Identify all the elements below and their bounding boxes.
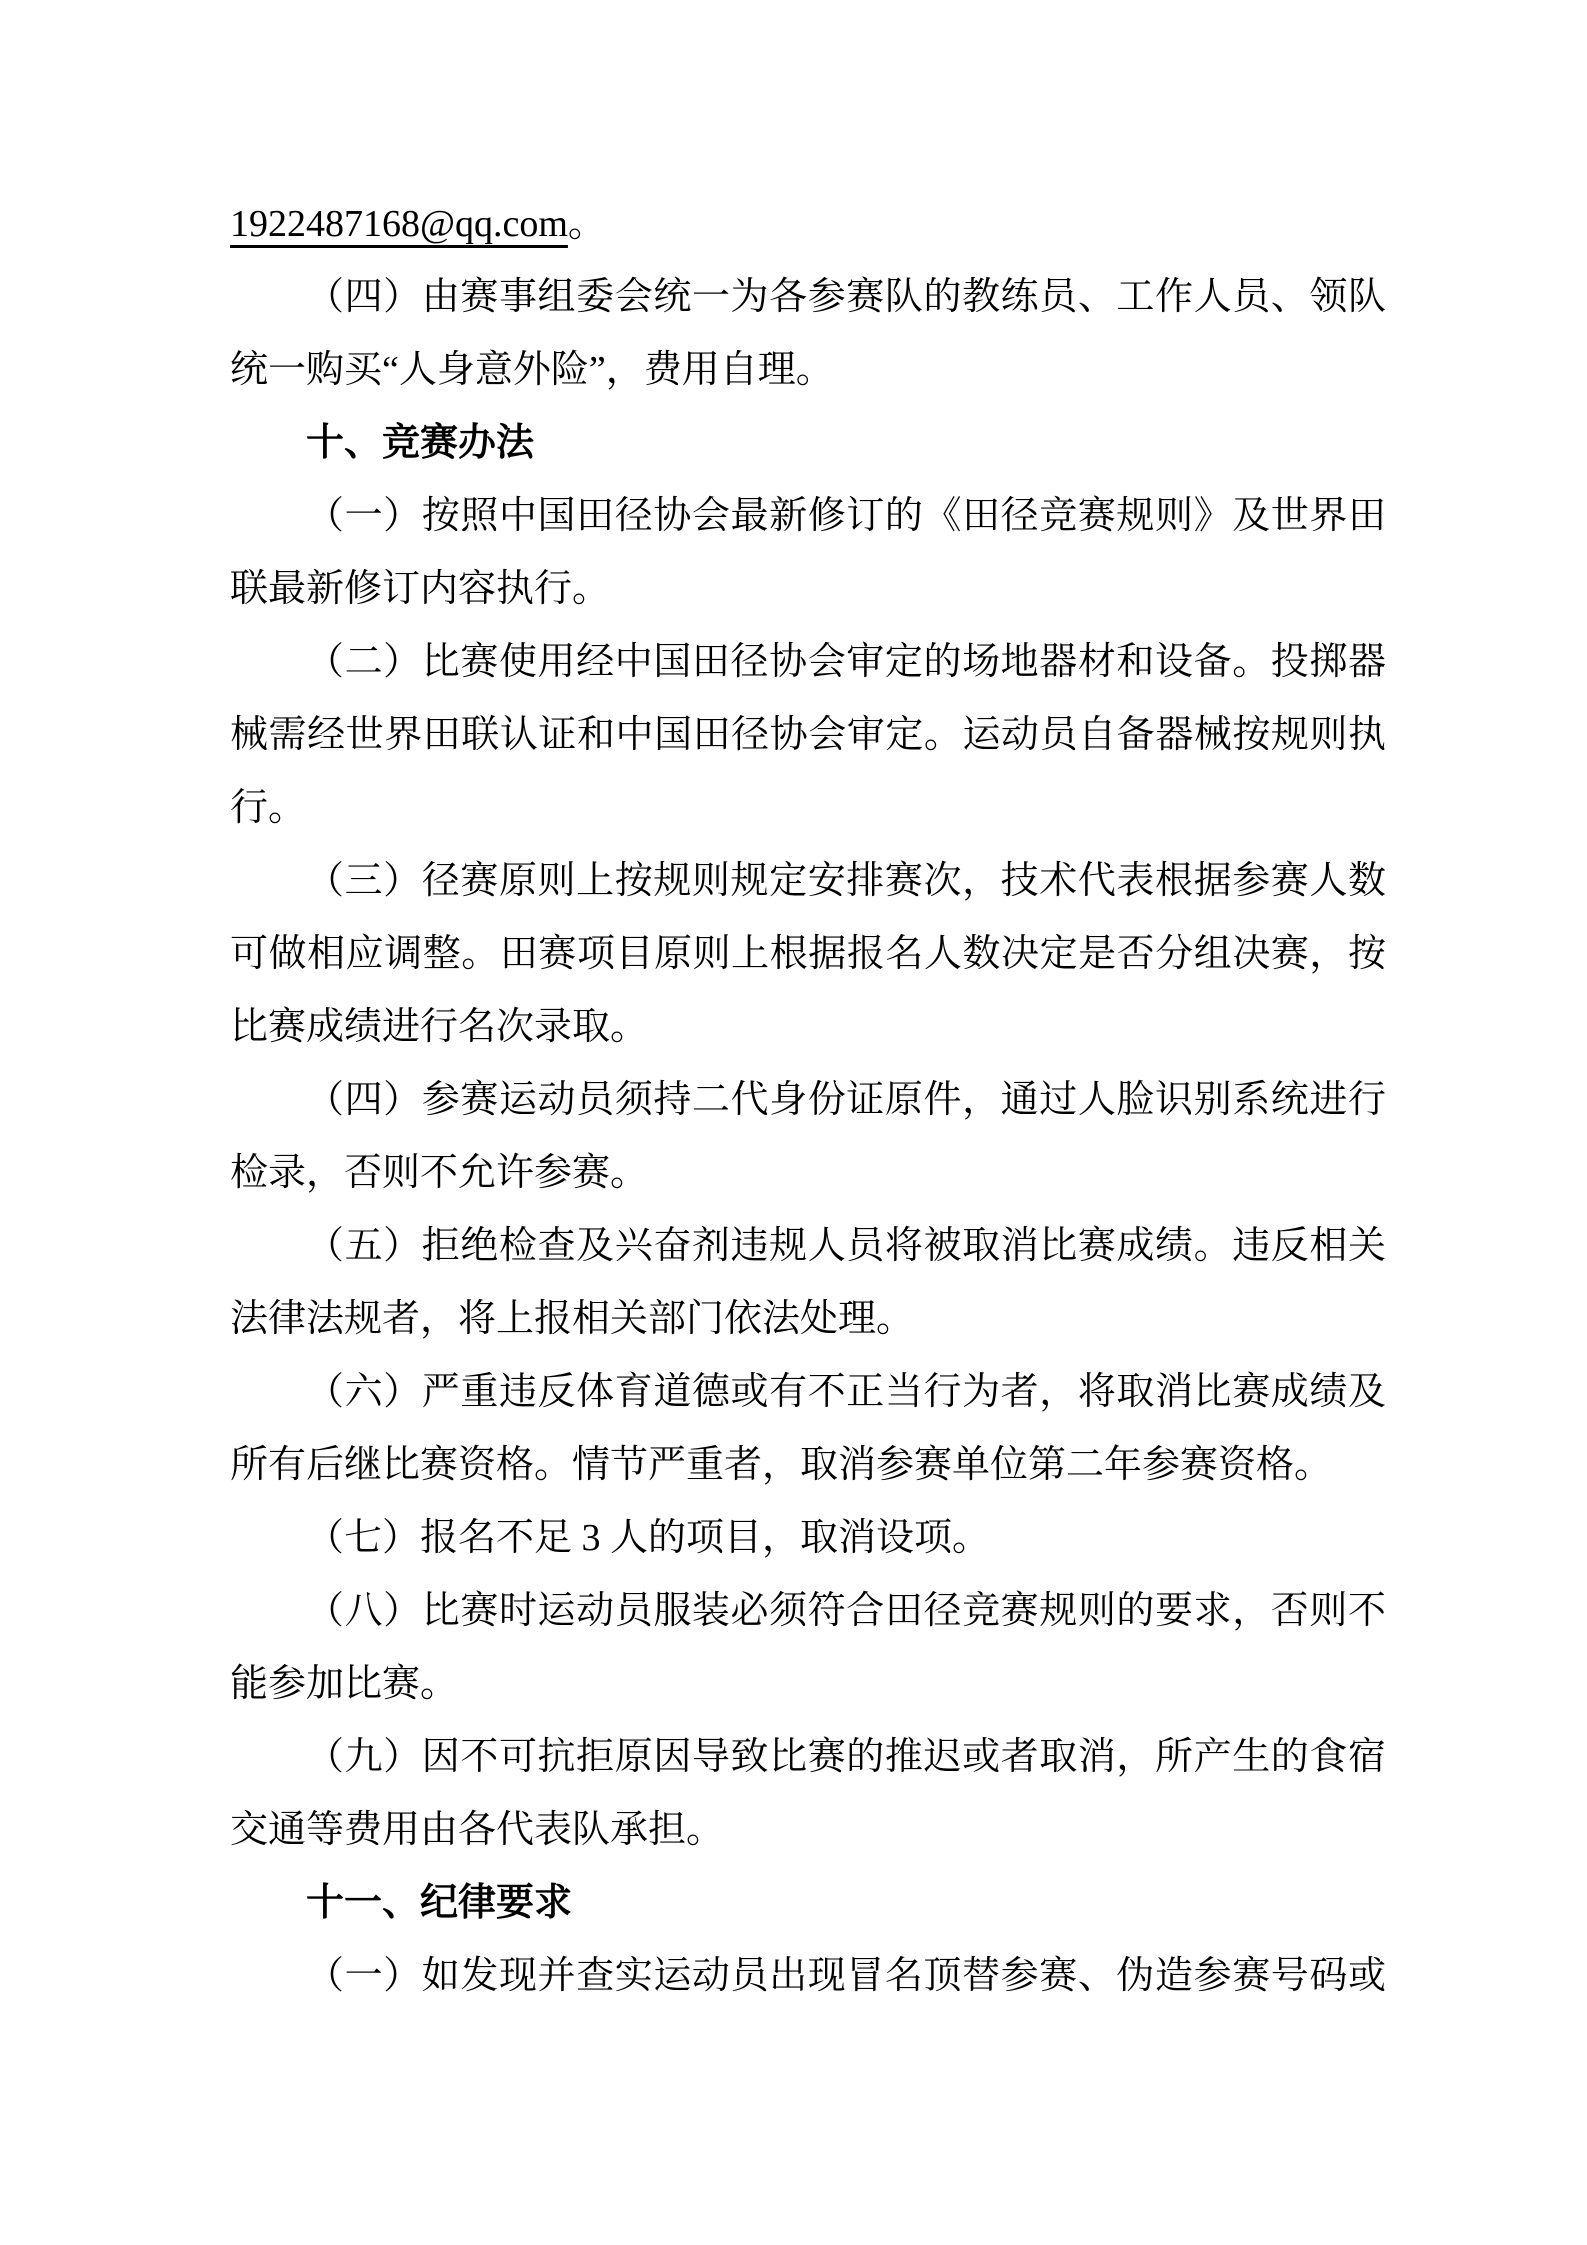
paragraph-line: 法律法规者，将上报相关部门依法处理。 xyxy=(230,1283,1386,1356)
paragraph-line: 交通等费用由各代表队承担。 xyxy=(230,1794,1386,1867)
paragraph-line: （四）由赛事组委会统一为各参赛队的教练员、工作人员、领队 xyxy=(230,261,1386,334)
paragraph-line: 联最新修订内容执行。 xyxy=(230,553,1386,626)
section-heading: 十一、纪律要求 xyxy=(230,1867,1386,1940)
paragraph-line: 械需经世界田联认证和中国田径协会审定。运动员自备器械按规则执 xyxy=(230,699,1386,772)
email-suffix: 。 xyxy=(568,203,606,245)
paragraph-line: （七）报名不足 3 人的项目，取消设项。 xyxy=(230,1502,1386,1575)
paragraph-line: 可做相应调整。田赛项目原则上根据报名人数决定是否分组决赛，按 xyxy=(230,918,1386,991)
email-link[interactable]: 1922487168@qq.com xyxy=(230,203,568,245)
paragraph-line: （九）因不可抗拒原因导致比赛的推迟或者取消，所产生的食宿 xyxy=(230,1721,1386,1794)
paragraph-line: （四）参赛运动员须持二代身份证原件，通过人脸识别系统进行 xyxy=(230,1064,1386,1137)
paragraph-line: （八）比赛时运动员服装必须符合田径竞赛规则的要求，否则不 xyxy=(230,1575,1386,1648)
document-body: 1922487168@qq.com。（四）由赛事组委会统一为各参赛队的教练员、工… xyxy=(230,188,1386,2013)
paragraph-line: 行。 xyxy=(230,772,1386,845)
paragraph-line: （三）径赛原则上按规则规定安排赛次，技术代表根据参赛人数 xyxy=(230,845,1386,918)
paragraph-line: （五）拒绝检查及兴奋剂违规人员将被取消比赛成绩。违反相关 xyxy=(230,1210,1386,1283)
paragraph-line: 所有后继比赛资格。情节严重者，取消参赛单位第二年参赛资格。 xyxy=(230,1429,1386,1502)
document-page: 1922487168@qq.com。（四）由赛事组委会统一为各参赛队的教练员、工… xyxy=(0,0,1587,2245)
paragraph-line: （一）如发现并查实运动员出现冒名顶替参赛、伪造参赛号码或 xyxy=(230,1940,1386,2013)
paragraph-line: 比赛成绩进行名次录取。 xyxy=(230,991,1386,1064)
paragraph-line: （六）严重违反体育道德或有不正当行为者，将取消比赛成绩及 xyxy=(230,1356,1386,1429)
paragraph-line: 检录，否则不允许参赛。 xyxy=(230,1137,1386,1210)
paragraph-line: 1922487168@qq.com。 xyxy=(230,188,1386,261)
paragraph-line: （二）比赛使用经中国田径协会审定的场地器材和设备。投掷器 xyxy=(230,626,1386,699)
paragraph-line: 能参加比赛。 xyxy=(230,1648,1386,1721)
paragraph-line: （一）按照中国田径协会最新修订的《田径竞赛规则》及世界田 xyxy=(230,480,1386,553)
section-heading: 十、竞赛办法 xyxy=(230,407,1386,480)
paragraph-line: 统一购买“人身意外险”，费用自理。 xyxy=(230,334,1386,407)
